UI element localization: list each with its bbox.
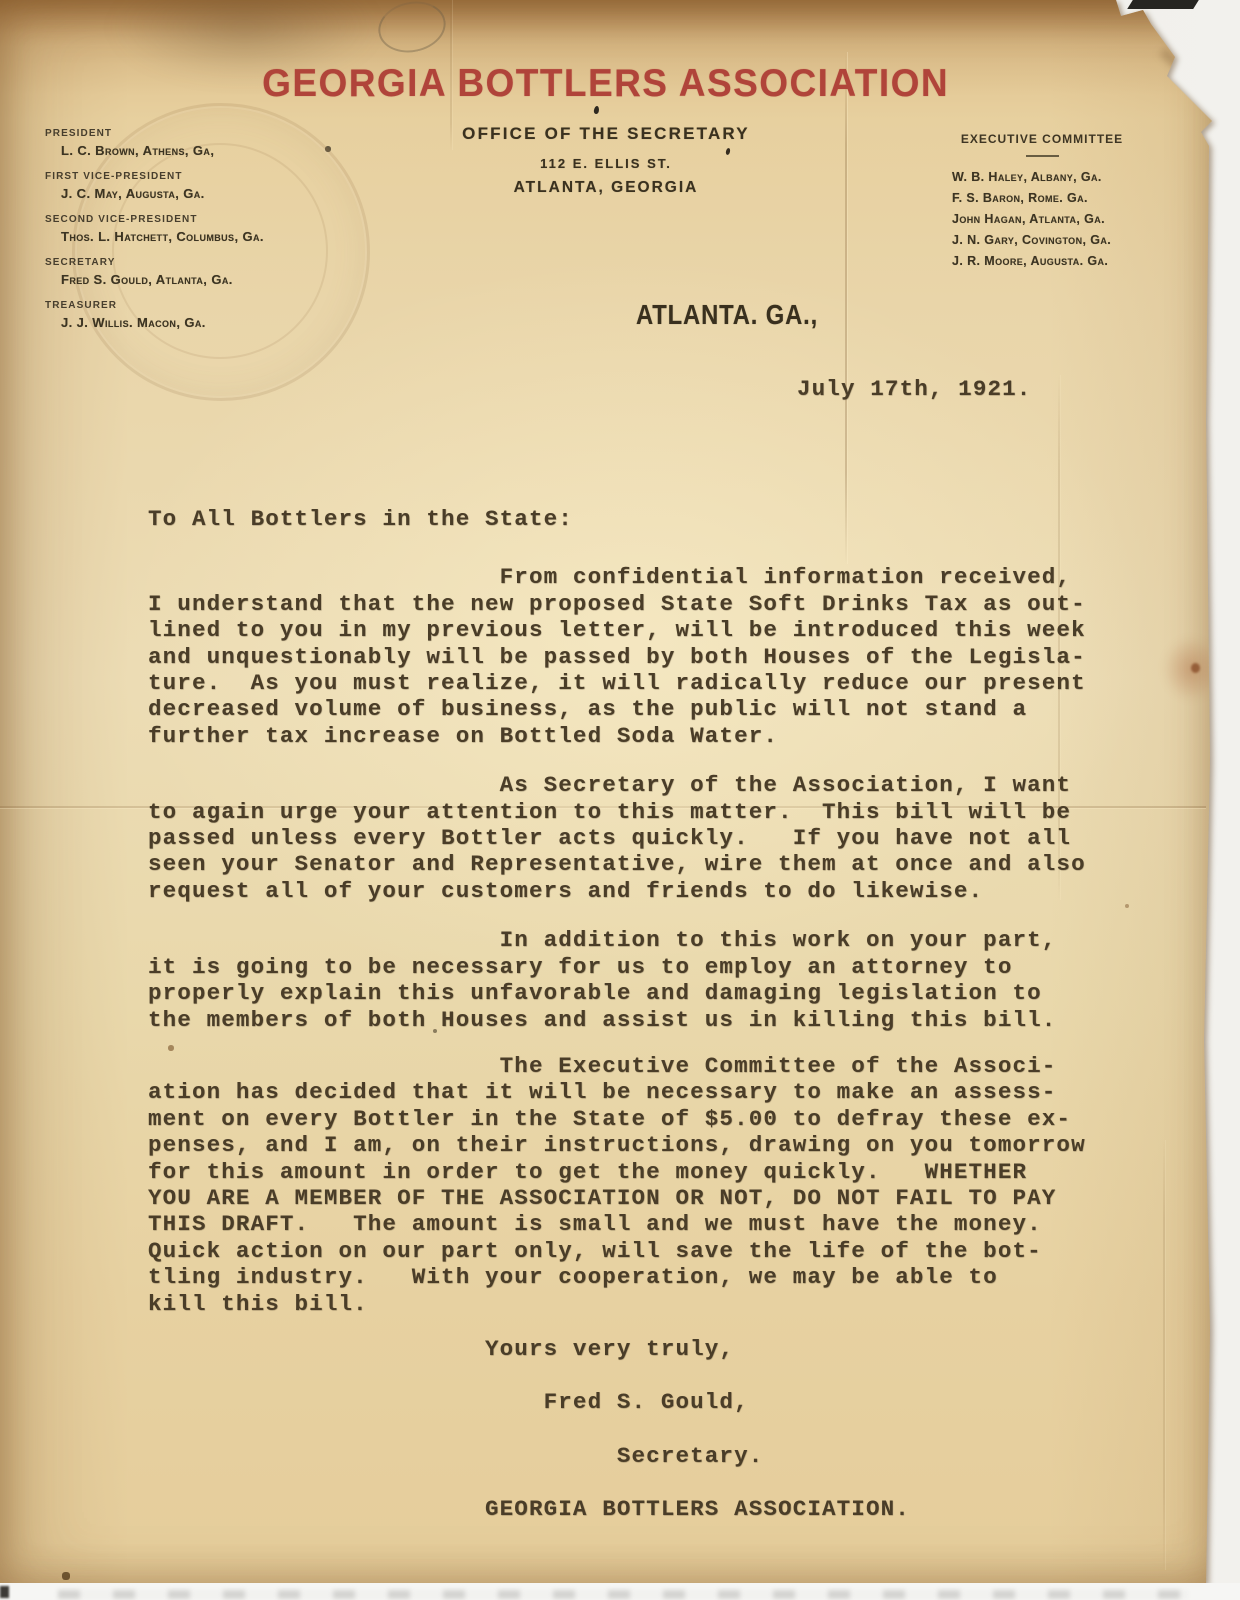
association-title: GEORGIA BOTTLERS ASSOCIATION: [263, 62, 950, 106]
typewritten-line: ment on every Bottler in the State of $5…: [148, 1106, 1128, 1132]
scan-bottom-left-notch: [0, 1586, 9, 1598]
officer-entry: SECOND VICE-PRESIDENT Thos. L. Hatchett,…: [45, 214, 375, 244]
committee-heading-rule: [1026, 155, 1059, 157]
letter-paragraph: The Executive Committee of the Associ-at…: [148, 1053, 1128, 1317]
city-state-line: ATLANTA, GEORGIA: [306, 179, 906, 197]
scan-bottom-smudges: [58, 1590, 1188, 1599]
typewritten-line: lined to you in my previous letter, will…: [148, 617, 1128, 643]
pencil-oval-mark: [374, 0, 451, 59]
committee-member: W. B. Haley, Albany, Ga.: [952, 170, 1132, 184]
typewritten-line: As Secretary of the Association, I want: [148, 772, 1128, 798]
typewritten-line: properly explain this unfavorable and da…: [148, 980, 1128, 1006]
ink-speck-below-title: [593, 106, 599, 115]
executive-committee-block: EXECUTIVE COMMITTEE W. B. Haley, Albany,…: [952, 132, 1132, 275]
dateline-place: ATLANTA. GA.,: [636, 299, 818, 331]
masthead: GEORGIA BOTTLERS ASSOCIATION: [0, 62, 1212, 106]
letter-paper: GEORGIA BOTTLERS ASSOCIATION OFFICE OF T…: [0, 0, 1218, 1584]
officer-name: Fred S. Gould, Atlanta, Ga.: [61, 272, 375, 287]
executive-committee-heading: EXECUTIVE COMMITTEE: [952, 132, 1132, 146]
typewritten-line: the members of both Houses and assist us…: [148, 1007, 1128, 1033]
executive-committee-list: W. B. Haley, Albany, Ga.F. S. Baron, Rom…: [952, 170, 1132, 268]
signature-line: Yours very truly,: [148, 1336, 1128, 1362]
officer-role: SECOND VICE-PRESIDENT: [45, 214, 375, 225]
paper-shadow-wrap: GEORGIA BOTTLERS ASSOCIATION OFFICE OF T…: [0, 0, 1240, 1600]
officer-role: SECRETARY: [45, 257, 375, 268]
officer-entry: SECRETARY Fred S. Gould, Atlanta, Ga.: [45, 257, 375, 287]
typewritten-line: tling industry. With your cooperation, w…: [148, 1264, 1128, 1290]
typewritten-line: I understand that the new proposed State…: [148, 591, 1128, 617]
officer-role: PRESIDENT: [45, 128, 375, 139]
street-address-line: 112 E. ELLIS ST.: [306, 156, 906, 171]
letter-paragraph: From confidential information received,I…: [148, 564, 1128, 749]
vertical-fold-crease: [1163, 1140, 1165, 1570]
committee-member: J. N. Gary, Covington, Ga.: [952, 233, 1132, 247]
officer-name: L. C. Brown, Athens, Ga,: [61, 143, 375, 158]
typewritten-line: From confidential information received,: [148, 564, 1128, 590]
letter-body: To All Bottlers in the State: From confi…: [148, 506, 1128, 1550]
typewritten-line: The Executive Committee of the Associ-: [148, 1053, 1128, 1079]
typewritten-line: for this amount in order to get the mone…: [148, 1159, 1128, 1185]
foxing-specks: [0, 0, 2, 2]
office-address-block: OFFICE OF THE SECRETARY 112 E. ELLIS ST.…: [306, 124, 906, 197]
typewritten-line: THIS DRAFT. The amount is small and we m…: [148, 1211, 1128, 1237]
typewritten-line: to again urge your attention to this mat…: [148, 799, 1128, 825]
scanned-letter-page: GEORGIA BOTTLERS ASSOCIATION OFFICE OF T…: [0, 0, 1240, 1600]
officer-entry: TREASURER J. J. Willis. Macon, Ga.: [45, 300, 375, 330]
typewritten-line: YOU ARE A MEMBER OF THE ASSOCIATION OR N…: [148, 1185, 1128, 1211]
committee-member: F. S. Baron, Rome. Ga.: [952, 191, 1132, 205]
signature-block: Yours very truly, Fred S. Gould, Secreta…: [148, 1336, 1128, 1523]
officer-role: FIRST VICE-PRESIDENT: [45, 171, 375, 182]
signature-line: GEORGIA BOTTLERS ASSOCIATION.: [148, 1496, 1128, 1522]
scan-edge-dark-strip: [1127, 0, 1199, 9]
typewritten-line: decreased volume of business, as the pub…: [148, 696, 1128, 722]
typewritten-line: seen your Senator and Representative, wi…: [148, 851, 1128, 877]
officers-list: PRESIDENT L. C. Brown, Athens, Ga, FIRST…: [45, 128, 375, 343]
right-edge-stain-core: [1191, 663, 1200, 673]
office-of-secretary-line: OFFICE OF THE SECRETARY: [306, 124, 906, 144]
signature-line: Secretary.: [148, 1443, 1128, 1469]
typewritten-line: In addition to this work on your part,: [148, 927, 1128, 953]
committee-member: John Hagan, Atlanta, Ga.: [952, 212, 1132, 226]
typewritten-line: and unquestionably will be passed by bot…: [148, 644, 1128, 670]
officer-entry: FIRST VICE-PRESIDENT J. C. May, Augusta,…: [45, 171, 375, 201]
officer-name: Thos. L. Hatchett, Columbus, Ga.: [61, 229, 375, 244]
officer-entry: PRESIDENT L. C. Brown, Athens, Ga,: [45, 128, 375, 158]
typewritten-line: request all of your customers and friend…: [148, 878, 1128, 904]
right-edge-stain: [1162, 636, 1220, 702]
typewritten-line: penses, and I am, on their instructions,…: [148, 1132, 1128, 1158]
typewritten-line: ation has decided that it will be necess…: [148, 1079, 1128, 1105]
typewritten-line: it is going to be necessary for us to em…: [148, 954, 1128, 980]
letter-paragraph: In addition to this work on your part,it…: [148, 927, 1128, 1033]
torn-corner-shading: [1119, 0, 1232, 71]
committee-member: J. R. Moore, Augusta. Ga.: [952, 254, 1132, 268]
typewritten-line: passed unless every Bottler acts quickly…: [148, 825, 1128, 851]
typewritten-line: ture. As you must realize, it will radic…: [148, 670, 1128, 696]
officer-role: TREASURER: [45, 300, 375, 311]
salutation: To All Bottlers in the State:: [148, 506, 1128, 532]
typewritten-line: kill this bill.: [148, 1291, 1128, 1317]
officer-name: J. C. May, Augusta, Ga.: [61, 186, 375, 201]
typewritten-line: Quick action on our part only, will save…: [148, 1238, 1128, 1264]
typewritten-line: further tax increase on Bottled Soda Wat…: [148, 723, 1128, 749]
letter-paragraph: As Secretary of the Association, I wantt…: [148, 772, 1128, 904]
signature-line: Fred S. Gould,: [148, 1389, 1128, 1415]
officer-name: J. J. Willis. Macon, Ga.: [61, 315, 375, 330]
dateline-date: July 17th, 1921.: [797, 376, 1031, 402]
